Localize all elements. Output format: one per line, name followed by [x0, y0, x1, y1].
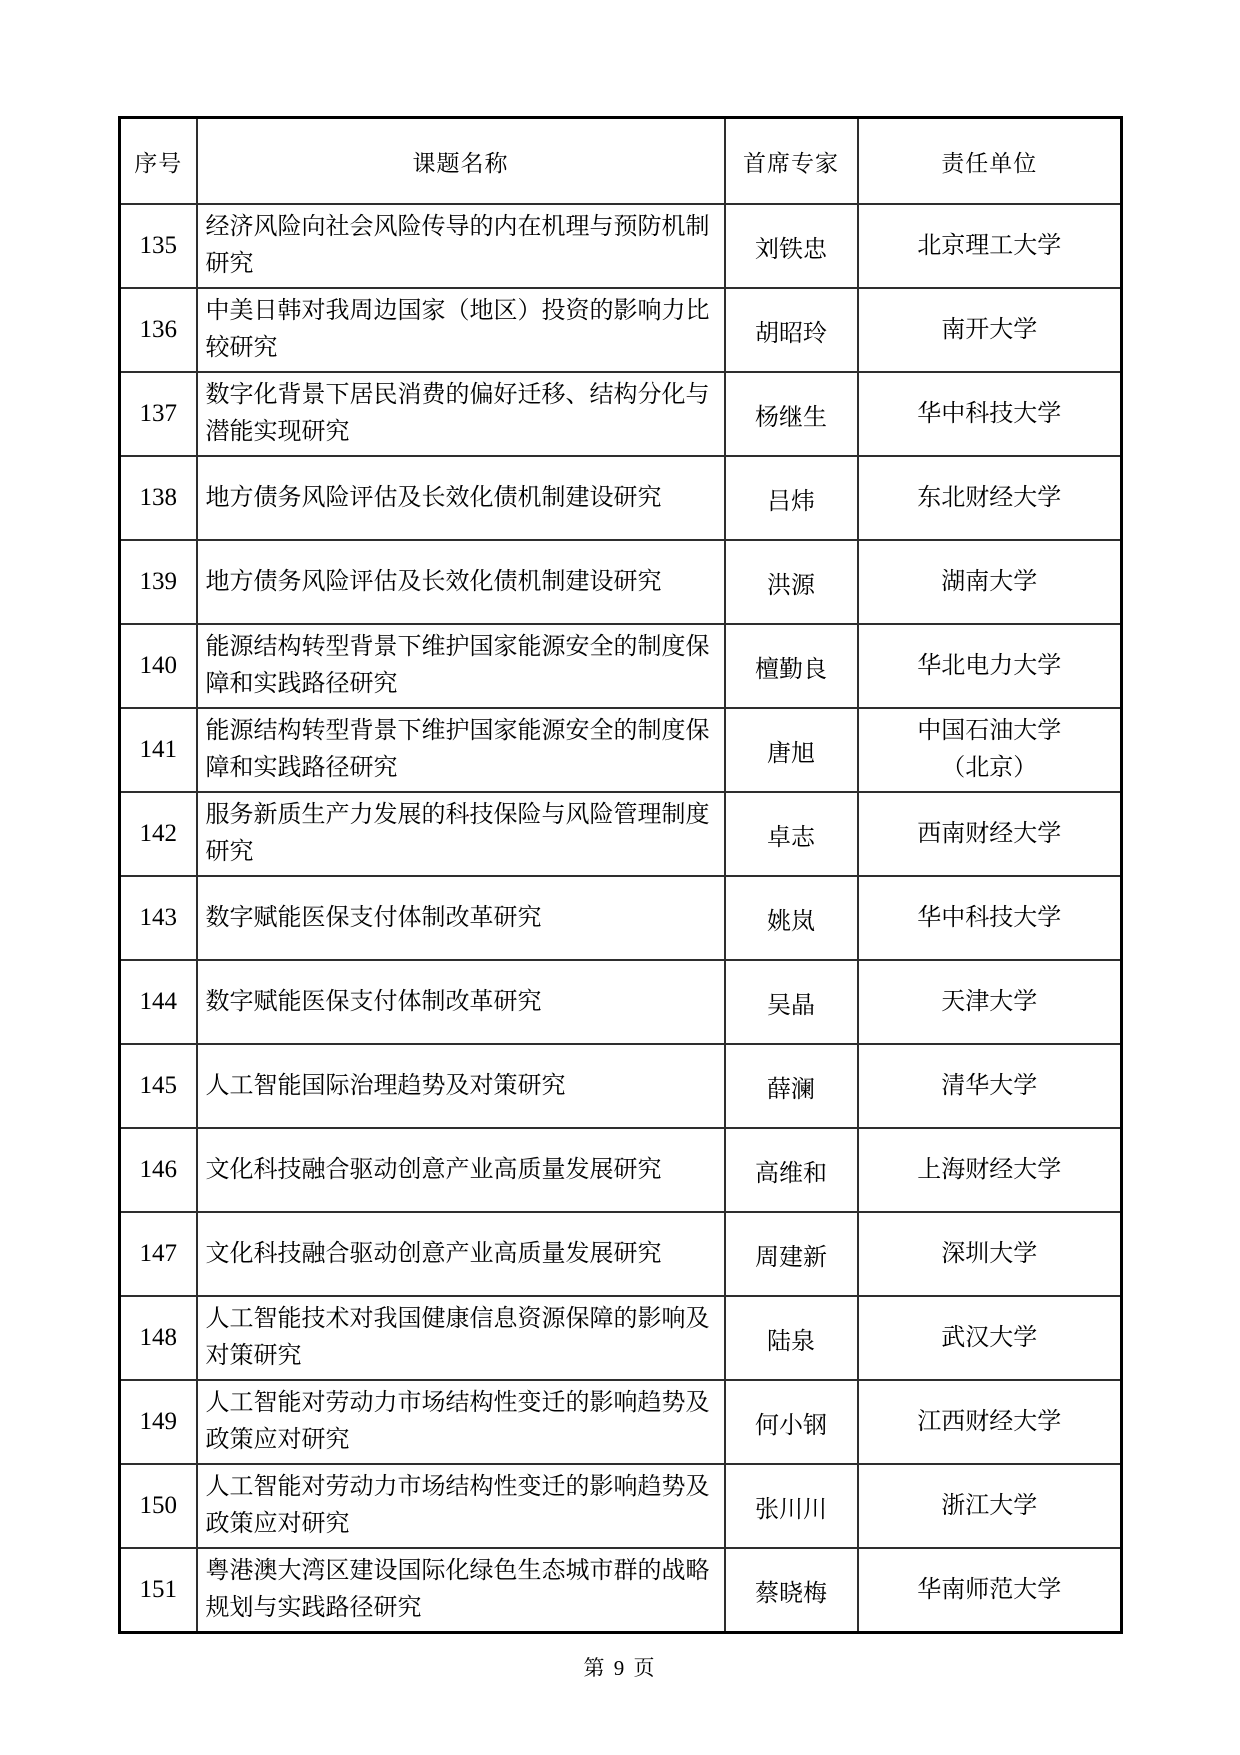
table-row: 141 能源结构转型背景下维护国家能源安全的制度保障和实践路径研究 唐旭 中国石… [120, 708, 1122, 792]
row-number-cell: 145 [120, 1044, 197, 1128]
project-title-cell: 数字化背景下居民消费的偏好迁移、结构分化与潜能实现研究 [197, 372, 725, 456]
responsible-unit-cell: 武汉大学 [858, 1296, 1122, 1380]
header-no: 序号 [120, 118, 197, 205]
project-title: 人工智能对劳动力市场结构性变迁的影响趋势及政策应对研究 [206, 1469, 718, 1543]
responsible-unit-cell: 中国石油大学 （北京） [858, 708, 1122, 792]
chief-expert-cell: 周建新 [725, 1212, 858, 1296]
projects-table: 序号 课题名称 首席专家 责任单位 135 经济风险向社会风险传导的内在机理与预… [118, 116, 1123, 1634]
responsible-unit-cell: 浙江大学 [858, 1464, 1122, 1548]
chief-expert-cell: 姚岚 [725, 876, 858, 960]
chief-expert-cell: 洪源 [725, 540, 858, 624]
chief-expert-cell: 胡昭玲 [725, 288, 858, 372]
project-title-cell: 服务新质生产力发展的科技保险与风险管理制度研究 [197, 792, 725, 876]
project-title-cell: 数字赋能医保支付体制改革研究 [197, 876, 725, 960]
chief-expert-cell: 何小钢 [725, 1380, 858, 1464]
row-number-cell: 146 [120, 1128, 197, 1212]
row-number-cell: 143 [120, 876, 197, 960]
project-title-cell: 经济风险向社会风险传导的内在机理与预防机制研究 [197, 204, 725, 288]
project-title: 数字赋能医保支付体制改革研究 [206, 984, 718, 1021]
responsible-unit-cell: 华南师范大学 [858, 1548, 1122, 1633]
row-number-cell: 137 [120, 372, 197, 456]
project-title: 人工智能技术对我国健康信息资源保障的影响及对策研究 [206, 1301, 718, 1375]
responsible-unit-cell: 上海财经大学 [858, 1128, 1122, 1212]
responsible-unit-cell: 江西财经大学 [858, 1380, 1122, 1464]
project-title: 能源结构转型背景下维护国家能源安全的制度保障和实践路径研究 [206, 629, 718, 703]
responsible-unit-cell: 东北财经大学 [858, 456, 1122, 540]
table-row: 146 文化科技融合驱动创意产业高质量发展研究 高维和 上海财经大学 [120, 1128, 1122, 1212]
project-title-cell: 中美日韩对我周边国家（地区）投资的影响力比较研究 [197, 288, 725, 372]
responsible-unit-cell: 湖南大学 [858, 540, 1122, 624]
table-row: 149 人工智能对劳动力市场结构性变迁的影响趋势及政策应对研究 何小钢 江西财经… [120, 1380, 1122, 1464]
project-title-cell: 人工智能技术对我国健康信息资源保障的影响及对策研究 [197, 1296, 725, 1380]
project-title-cell: 人工智能对劳动力市场结构性变迁的影响趋势及政策应对研究 [197, 1380, 725, 1464]
row-number-cell: 140 [120, 624, 197, 708]
project-title: 中美日韩对我周边国家（地区）投资的影响力比较研究 [206, 293, 718, 367]
header-unit: 责任单位 [858, 118, 1122, 205]
responsible-unit-cell: 清华大学 [858, 1044, 1122, 1128]
project-title: 数字赋能医保支付体制改革研究 [206, 900, 718, 937]
project-title: 人工智能对劳动力市场结构性变迁的影响趋势及政策应对研究 [206, 1385, 718, 1459]
project-title-cell: 地方债务风险评估及长效化债机制建设研究 [197, 540, 725, 624]
chief-expert-cell: 刘铁忠 [725, 204, 858, 288]
table-row: 139 地方债务风险评估及长效化债机制建设研究 洪源 湖南大学 [120, 540, 1122, 624]
page-number: 第 9 页 [0, 1652, 1240, 1682]
project-title: 人工智能国际治理趋势及对策研究 [206, 1068, 718, 1105]
project-title: 服务新质生产力发展的科技保险与风险管理制度研究 [206, 797, 718, 871]
chief-expert-cell: 檀勤良 [725, 624, 858, 708]
project-title-cell: 人工智能对劳动力市场结构性变迁的影响趋势及政策应对研究 [197, 1464, 725, 1548]
project-title-cell: 能源结构转型背景下维护国家能源安全的制度保障和实践路径研究 [197, 624, 725, 708]
row-number-cell: 149 [120, 1380, 197, 1464]
chief-expert-cell: 唐旭 [725, 708, 858, 792]
project-title: 文化科技融合驱动创意产业高质量发展研究 [206, 1152, 718, 1189]
chief-expert-cell: 杨继生 [725, 372, 858, 456]
chief-expert-cell: 蔡晓梅 [725, 1548, 858, 1633]
chief-expert-cell: 吴晶 [725, 960, 858, 1044]
project-title: 文化科技融合驱动创意产业高质量发展研究 [206, 1236, 718, 1273]
project-title-cell: 文化科技融合驱动创意产业高质量发展研究 [197, 1128, 725, 1212]
header-expert: 首席专家 [725, 118, 858, 205]
chief-expert-cell: 陆泉 [725, 1296, 858, 1380]
table-row: 138 地方债务风险评估及长效化债机制建设研究 吕炜 东北财经大学 [120, 456, 1122, 540]
project-title: 地方债务风险评估及长效化债机制建设研究 [206, 564, 718, 601]
row-number-cell: 141 [120, 708, 197, 792]
chief-expert-cell: 高维和 [725, 1128, 858, 1212]
row-number-cell: 135 [120, 204, 197, 288]
project-title: 地方债务风险评估及长效化债机制建设研究 [206, 480, 718, 517]
table-row: 142 服务新质生产力发展的科技保险与风险管理制度研究 卓志 西南财经大学 [120, 792, 1122, 876]
table-row: 147 文化科技融合驱动创意产业高质量发展研究 周建新 深圳大学 [120, 1212, 1122, 1296]
project-title: 能源结构转型背景下维护国家能源安全的制度保障和实践路径研究 [206, 713, 718, 787]
project-title-cell: 数字赋能医保支付体制改革研究 [197, 960, 725, 1044]
document-page: 序号 课题名称 首席专家 责任单位 135 经济风险向社会风险传导的内在机理与预… [0, 0, 1240, 1755]
row-number-cell: 136 [120, 288, 197, 372]
table-row: 150 人工智能对劳动力市场结构性变迁的影响趋势及政策应对研究 张川川 浙江大学 [120, 1464, 1122, 1548]
table-row: 148 人工智能技术对我国健康信息资源保障的影响及对策研究 陆泉 武汉大学 [120, 1296, 1122, 1380]
project-title-cell: 地方债务风险评估及长效化债机制建设研究 [197, 456, 725, 540]
row-number-cell: 151 [120, 1548, 197, 1633]
row-number-cell: 144 [120, 960, 197, 1044]
responsible-unit-cell: 天津大学 [858, 960, 1122, 1044]
table-row: 143 数字赋能医保支付体制改革研究 姚岚 华中科技大学 [120, 876, 1122, 960]
responsible-unit-cell: 华北电力大学 [858, 624, 1122, 708]
project-title: 粤港澳大湾区建设国际化绿色生态城市群的战略规划与实践路径研究 [206, 1553, 718, 1627]
responsible-unit-cell: 华中科技大学 [858, 876, 1122, 960]
table-row: 137 数字化背景下居民消费的偏好迁移、结构分化与潜能实现研究 杨继生 华中科技… [120, 372, 1122, 456]
row-number-cell: 147 [120, 1212, 197, 1296]
chief-expert-cell: 张川川 [725, 1464, 858, 1548]
chief-expert-cell: 吕炜 [725, 456, 858, 540]
row-number-cell: 150 [120, 1464, 197, 1548]
project-title: 数字化背景下居民消费的偏好迁移、结构分化与潜能实现研究 [206, 377, 718, 451]
responsible-unit-cell: 南开大学 [858, 288, 1122, 372]
project-title-cell: 文化科技融合驱动创意产业高质量发展研究 [197, 1212, 725, 1296]
table-row: 140 能源结构转型背景下维护国家能源安全的制度保障和实践路径研究 檀勤良 华北… [120, 624, 1122, 708]
responsible-unit-cell: 北京理工大学 [858, 204, 1122, 288]
table-row: 136 中美日韩对我周边国家（地区）投资的影响力比较研究 胡昭玲 南开大学 [120, 288, 1122, 372]
table-row: 135 经济风险向社会风险传导的内在机理与预防机制研究 刘铁忠 北京理工大学 [120, 204, 1122, 288]
header-title: 课题名称 [197, 118, 725, 205]
chief-expert-cell: 薛澜 [725, 1044, 858, 1128]
row-number-cell: 138 [120, 456, 197, 540]
row-number-cell: 142 [120, 792, 197, 876]
responsible-unit-cell: 华中科技大学 [858, 372, 1122, 456]
project-title: 经济风险向社会风险传导的内在机理与预防机制研究 [206, 209, 718, 283]
chief-expert-cell: 卓志 [725, 792, 858, 876]
responsible-unit-cell: 深圳大学 [858, 1212, 1122, 1296]
project-title-cell: 粤港澳大湾区建设国际化绿色生态城市群的战略规划与实践路径研究 [197, 1548, 725, 1633]
responsible-unit-cell: 西南财经大学 [858, 792, 1122, 876]
table-row: 145 人工智能国际治理趋势及对策研究 薛澜 清华大学 [120, 1044, 1122, 1128]
table-header-row: 序号 课题名称 首席专家 责任单位 [120, 118, 1122, 205]
project-title-cell: 人工智能国际治理趋势及对策研究 [197, 1044, 725, 1128]
row-number-cell: 148 [120, 1296, 197, 1380]
project-title-cell: 能源结构转型背景下维护国家能源安全的制度保障和实践路径研究 [197, 708, 725, 792]
row-number-cell: 139 [120, 540, 197, 624]
table-row: 151 粤港澳大湾区建设国际化绿色生态城市群的战略规划与实践路径研究 蔡晓梅 华… [120, 1548, 1122, 1633]
table-row: 144 数字赋能医保支付体制改革研究 吴晶 天津大学 [120, 960, 1122, 1044]
